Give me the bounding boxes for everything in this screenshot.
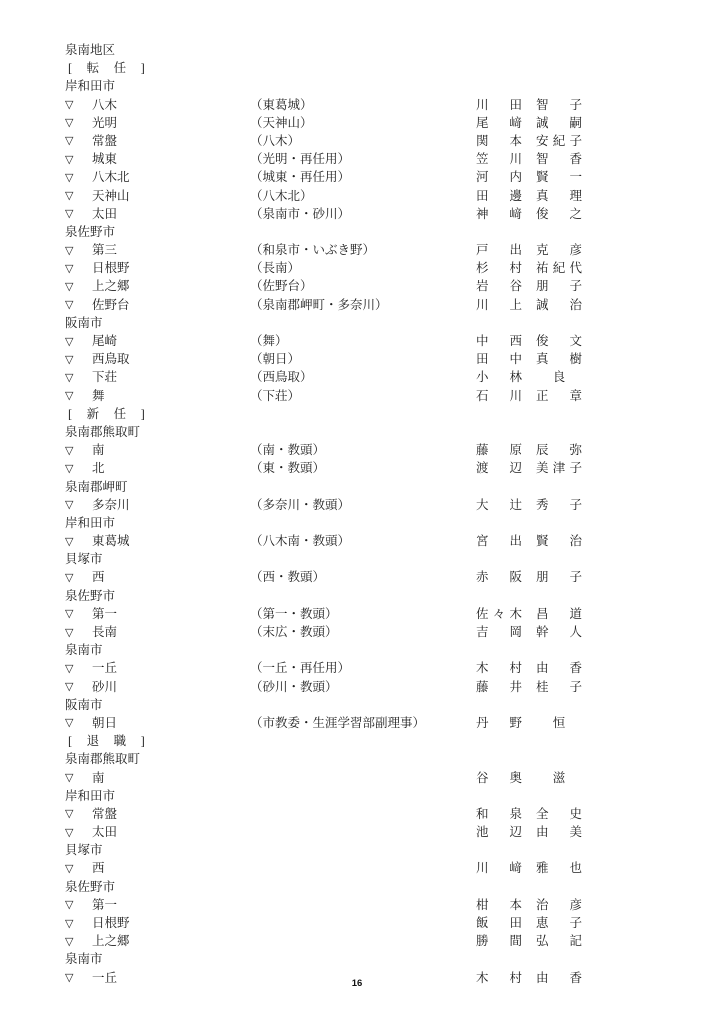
person-name: 田邊真理 bbox=[476, 187, 582, 205]
surname: 杉村 bbox=[476, 259, 522, 277]
name-char: 子 bbox=[569, 96, 582, 114]
entry-marker-cell: ▽ bbox=[65, 204, 92, 223]
name-char: 真 bbox=[536, 187, 549, 205]
given-name: 賢一 bbox=[536, 168, 582, 186]
surname: 川﨑 bbox=[476, 859, 522, 877]
name-char: 田 bbox=[509, 914, 522, 932]
surname: 尾﨑 bbox=[476, 114, 522, 132]
previous-post: （下荘） bbox=[250, 387, 476, 405]
entry-marker-cell: ▽ bbox=[65, 859, 92, 878]
previous-post: （和泉市・いぶき野） bbox=[250, 241, 476, 259]
given-name: 賢治 bbox=[536, 532, 582, 550]
name-char: 尾 bbox=[476, 114, 489, 132]
person-name: 川田智子 bbox=[476, 96, 582, 114]
name-char: 史 bbox=[569, 805, 582, 823]
name-char: 笠 bbox=[476, 150, 489, 168]
triangle-down-icon: ▽ bbox=[65, 135, 73, 147]
name-char: 川 bbox=[476, 859, 489, 877]
given-name: 正章 bbox=[536, 387, 582, 405]
area-label: 泉佐野市 bbox=[65, 878, 665, 896]
given-name: 誠嗣 bbox=[536, 114, 582, 132]
area-label: 阪南市 bbox=[65, 696, 665, 714]
name-char: 克 bbox=[536, 241, 549, 259]
area-label: 泉南郡熊取町 bbox=[65, 423, 665, 441]
person-name: 戸出克彦 bbox=[476, 241, 582, 259]
name-char: 恵 bbox=[536, 914, 549, 932]
entry-row: ▽第一柑本治彦 bbox=[65, 896, 665, 914]
given-name: 秀子 bbox=[536, 496, 582, 514]
given-name: 弘記 bbox=[536, 932, 582, 950]
school-name: 日根野 bbox=[92, 259, 250, 277]
school-name: 第一 bbox=[92, 896, 250, 914]
surname: 戸出 bbox=[476, 241, 522, 259]
entry-row: ▽第一（第一・教頭）佐々木昌道 bbox=[65, 605, 665, 623]
surname: 岩谷 bbox=[476, 277, 522, 295]
person-name: 川﨑雅也 bbox=[476, 859, 582, 877]
entry-marker-cell: ▽ bbox=[65, 150, 92, 169]
school-name: 八木北 bbox=[92, 168, 250, 186]
given-name: 辰弥 bbox=[536, 441, 582, 459]
name-char: 赤 bbox=[476, 568, 489, 586]
person-name: 池辺由美 bbox=[476, 823, 582, 841]
given-name: 祐紀代 bbox=[536, 259, 582, 277]
name-char: 彦 bbox=[569, 241, 582, 259]
person-name: 関本安紀子 bbox=[476, 132, 582, 150]
entry-row: ▽西川﨑雅也 bbox=[65, 859, 665, 877]
school-name: 長南 bbox=[92, 623, 250, 641]
surname: 笠川 bbox=[476, 150, 522, 168]
name-char: 丹 bbox=[476, 714, 489, 732]
given-name: 昌道 bbox=[536, 605, 582, 623]
name-char: 代 bbox=[569, 259, 582, 277]
triangle-down-icon: ▽ bbox=[65, 627, 73, 639]
entry-row: ▽南（南・教頭）藤原辰弥 bbox=[65, 441, 665, 459]
previous-post: （八木） bbox=[250, 132, 476, 150]
entry-marker-cell: ▽ bbox=[65, 95, 92, 114]
surname: 渡辺 bbox=[476, 459, 522, 477]
previous-post: （天神山） bbox=[250, 114, 476, 132]
triangle-down-icon: ▽ bbox=[65, 390, 73, 402]
name-char: 也 bbox=[569, 859, 582, 877]
given-name: 由香 bbox=[536, 659, 582, 677]
name-char: 子 bbox=[569, 132, 582, 150]
entry-marker-cell: ▽ bbox=[65, 350, 92, 369]
triangle-down-icon: ▽ bbox=[65, 463, 73, 475]
name-char: 邊 bbox=[509, 187, 522, 205]
entry-row: ▽長南（末広・教頭）吉岡幹人 bbox=[65, 623, 665, 641]
entry-row: ▽朝日（市教委・生涯学習部副理事）丹野恒 bbox=[65, 714, 665, 732]
previous-post: （西・教頭） bbox=[250, 568, 476, 586]
person-name: 河内賢一 bbox=[476, 168, 582, 186]
person-name: 石川正章 bbox=[476, 387, 582, 405]
previous-post: （西鳥取） bbox=[250, 368, 476, 386]
previous-post: （市教委・生涯学習部副理事） bbox=[250, 714, 476, 732]
name-char: 人 bbox=[569, 623, 582, 641]
section-header: [ 退 職 ] bbox=[65, 732, 665, 750]
entry-row: ▽第三（和泉市・いぶき野）戸出克彦 bbox=[65, 241, 665, 259]
name-char: 神 bbox=[476, 205, 489, 223]
triangle-down-icon: ▽ bbox=[65, 717, 73, 729]
name-char: 由 bbox=[536, 823, 549, 841]
name-char: 子 bbox=[569, 496, 582, 514]
name-char: 紀 bbox=[553, 259, 566, 277]
name-char: 理 bbox=[569, 187, 582, 205]
entry-row: ▽上之郷勝間弘記 bbox=[65, 932, 665, 950]
name-char: 藤 bbox=[476, 678, 489, 696]
name-char: 良 bbox=[553, 368, 566, 386]
given-name: 雅也 bbox=[536, 859, 582, 877]
triangle-down-icon: ▽ bbox=[65, 445, 73, 457]
name-char: 誠 bbox=[536, 114, 549, 132]
person-name: 丹野恒 bbox=[476, 714, 582, 732]
name-char: 佐 bbox=[476, 605, 489, 623]
school-name: 上之郷 bbox=[92, 277, 250, 295]
surname: 谷奥 bbox=[476, 769, 522, 787]
entry-row: ▽尾崎（舞）中西俊文 bbox=[65, 332, 665, 350]
entry-marker-cell: ▽ bbox=[65, 895, 92, 914]
previous-post: （末広・教頭） bbox=[250, 623, 476, 641]
name-char: 川 bbox=[509, 150, 522, 168]
surname: 柑本 bbox=[476, 896, 522, 914]
document-page: 泉南地区 [ 転 任 ]岸和田市▽八木（東葛城）川田智子▽光明（天神山）尾﨑誠嗣… bbox=[0, 0, 724, 1024]
triangle-down-icon: ▽ bbox=[65, 499, 73, 511]
triangle-down-icon: ▽ bbox=[65, 299, 73, 311]
area-label: 泉南郡熊取町 bbox=[65, 750, 665, 768]
triangle-down-icon: ▽ bbox=[65, 99, 73, 111]
name-char: 関 bbox=[476, 132, 489, 150]
person-name: 渡辺美津子 bbox=[476, 459, 582, 477]
entry-marker-cell: ▽ bbox=[65, 914, 92, 933]
surname: 大辻 bbox=[476, 496, 522, 514]
name-char: 泉 bbox=[509, 805, 522, 823]
previous-post: （泉南郡岬町・多奈川） bbox=[250, 296, 476, 314]
triangle-down-icon: ▽ bbox=[65, 536, 73, 548]
previous-post: （朝日） bbox=[250, 350, 476, 368]
entry-marker-cell: ▽ bbox=[65, 532, 92, 551]
name-char: 道 bbox=[569, 605, 582, 623]
name-char: 幹 bbox=[536, 623, 549, 641]
name-char: 弥 bbox=[569, 441, 582, 459]
name-char: 正 bbox=[536, 387, 549, 405]
name-char: 河 bbox=[476, 168, 489, 186]
entry-marker-cell: ▽ bbox=[65, 186, 92, 205]
entry-row: ▽光明（天神山）尾﨑誠嗣 bbox=[65, 114, 665, 132]
name-char: 勝 bbox=[476, 932, 489, 950]
entry-marker-cell: ▽ bbox=[65, 932, 92, 951]
name-char: 昌 bbox=[536, 605, 549, 623]
name-char: 由 bbox=[536, 659, 549, 677]
surname: 関本 bbox=[476, 132, 522, 150]
name-char: 奥 bbox=[509, 769, 522, 787]
name-char: 小 bbox=[476, 368, 489, 386]
surname: 石川 bbox=[476, 387, 522, 405]
person-name: 飯田恵子 bbox=[476, 914, 582, 932]
given-name: 克彦 bbox=[536, 241, 582, 259]
triangle-down-icon: ▽ bbox=[65, 808, 73, 820]
entry-marker-cell: ▽ bbox=[65, 441, 92, 460]
person-name: 川上誠治 bbox=[476, 296, 582, 314]
section-header: [ 転 任 ] bbox=[65, 59, 665, 77]
school-name: 南 bbox=[92, 441, 250, 459]
surname: 赤阪 bbox=[476, 568, 522, 586]
surname: 田中 bbox=[476, 350, 522, 368]
given-name: 朋子 bbox=[536, 277, 582, 295]
name-char: 柑 bbox=[476, 896, 489, 914]
name-char: 谷 bbox=[476, 769, 489, 787]
school-name: 上之郷 bbox=[92, 932, 250, 950]
surname: 藤井 bbox=[476, 678, 522, 696]
section-header: [ 新 任 ] bbox=[65, 405, 665, 423]
triangle-down-icon: ▽ bbox=[65, 899, 73, 911]
entry-row: ▽一丘（一丘・再任用）木村由香 bbox=[65, 659, 665, 677]
given-name: 良 bbox=[536, 368, 582, 386]
triangle-down-icon: ▽ bbox=[65, 172, 73, 184]
entry-row: ▽西（西・教頭）赤阪朋子 bbox=[65, 568, 665, 586]
surname: 飯田 bbox=[476, 914, 522, 932]
name-char: 﨑 bbox=[509, 859, 522, 877]
surname: 勝間 bbox=[476, 932, 522, 950]
triangle-down-icon: ▽ bbox=[65, 354, 73, 366]
name-char: 治 bbox=[569, 532, 582, 550]
entry-marker-cell: ▽ bbox=[65, 332, 92, 351]
triangle-down-icon: ▽ bbox=[65, 608, 73, 620]
name-char: 辺 bbox=[509, 823, 522, 841]
name-char: 池 bbox=[476, 823, 489, 841]
entry-row: ▽西鳥取（朝日）田中真樹 bbox=[65, 350, 665, 368]
name-char: 川 bbox=[476, 96, 489, 114]
name-char: 村 bbox=[509, 259, 522, 277]
given-name: 俊之 bbox=[536, 205, 582, 223]
area-label: 泉南市 bbox=[65, 950, 665, 968]
entry-marker-cell: ▽ bbox=[65, 568, 92, 587]
school-name: 一丘 bbox=[92, 659, 250, 677]
previous-post: （佐野台） bbox=[250, 277, 476, 295]
triangle-down-icon: ▽ bbox=[65, 918, 73, 930]
entry-marker-cell: ▽ bbox=[65, 386, 92, 405]
name-char: 安 bbox=[536, 132, 549, 150]
school-name: 日根野 bbox=[92, 914, 250, 932]
triangle-down-icon: ▽ bbox=[65, 827, 73, 839]
school-name: 多奈川 bbox=[92, 496, 250, 514]
name-char: 記 bbox=[569, 932, 582, 950]
name-char: 真 bbox=[536, 350, 549, 368]
school-name: 南 bbox=[92, 769, 250, 787]
school-name: 北 bbox=[92, 459, 250, 477]
person-name: 佐々木昌道 bbox=[476, 605, 582, 623]
triangle-down-icon: ▽ bbox=[65, 336, 73, 348]
name-char: 田 bbox=[476, 187, 489, 205]
previous-post: （第一・教頭） bbox=[250, 605, 476, 623]
name-char: 渡 bbox=[476, 459, 489, 477]
surname: 吉岡 bbox=[476, 623, 522, 641]
entry-marker-cell: ▽ bbox=[65, 459, 92, 478]
entry-marker-cell: ▽ bbox=[65, 368, 92, 387]
person-name: 藤原辰弥 bbox=[476, 441, 582, 459]
given-name: 智子 bbox=[536, 96, 582, 114]
name-char: 紀 bbox=[553, 132, 566, 150]
name-char: 俊 bbox=[536, 332, 549, 350]
school-name: 朝日 bbox=[92, 714, 250, 732]
name-char: 飯 bbox=[476, 914, 489, 932]
name-char: 石 bbox=[476, 387, 489, 405]
entry-row: ▽常盤（八木）関本安紀子 bbox=[65, 132, 665, 150]
surname: 宮出 bbox=[476, 532, 522, 550]
entry-marker-cell: ▽ bbox=[65, 623, 92, 642]
given-name: 桂子 bbox=[536, 678, 582, 696]
school-name: 尾崎 bbox=[92, 332, 250, 350]
name-char: 秀 bbox=[536, 496, 549, 514]
area-label: 泉佐野市 bbox=[65, 587, 665, 605]
entry-marker-cell: ▽ bbox=[65, 131, 92, 150]
school-name: 舞 bbox=[92, 387, 250, 405]
personnel-list: 泉南地区 [ 転 任 ]岸和田市▽八木（東葛城）川田智子▽光明（天神山）尾﨑誠嗣… bbox=[65, 41, 665, 987]
name-char: 野 bbox=[509, 714, 522, 732]
previous-post: （光明・再任用） bbox=[250, 150, 476, 168]
name-char: 賢 bbox=[536, 168, 549, 186]
name-char: 子 bbox=[569, 914, 582, 932]
person-name: 大辻秀子 bbox=[476, 496, 582, 514]
school-name: 光明 bbox=[92, 114, 250, 132]
triangle-down-icon: ▽ bbox=[65, 208, 73, 220]
name-char: 朋 bbox=[536, 568, 549, 586]
previous-post: （八木北） bbox=[250, 187, 476, 205]
name-char: 雅 bbox=[536, 859, 549, 877]
person-name: 尾﨑誠嗣 bbox=[476, 114, 582, 132]
previous-post: （東・教頭） bbox=[250, 459, 476, 477]
name-char: 﨑 bbox=[509, 114, 522, 132]
previous-post: （舞） bbox=[250, 332, 476, 350]
previous-post: （多奈川・教頭） bbox=[250, 496, 476, 514]
name-char: 木 bbox=[509, 605, 522, 623]
name-char: 一 bbox=[569, 168, 582, 186]
name-char: 津 bbox=[553, 459, 566, 477]
entry-row: ▽常盤和泉全史 bbox=[65, 805, 665, 823]
name-char: 彦 bbox=[569, 896, 582, 914]
triangle-down-icon: ▽ bbox=[65, 863, 73, 875]
area-label: 阪南市 bbox=[65, 314, 665, 332]
previous-post: （八木南・教頭） bbox=[250, 532, 476, 550]
name-char: 大 bbox=[476, 496, 489, 514]
name-char: 子 bbox=[569, 678, 582, 696]
given-name: 治彦 bbox=[536, 896, 582, 914]
name-char: 辺 bbox=[509, 459, 522, 477]
triangle-down-icon: ▽ bbox=[65, 263, 73, 275]
name-char: 子 bbox=[569, 277, 582, 295]
entry-row: ▽東葛城（八木南・教頭）宮出賢治 bbox=[65, 532, 665, 550]
name-char: 樹 bbox=[569, 350, 582, 368]
name-char: 田 bbox=[509, 96, 522, 114]
name-char: 村 bbox=[509, 659, 522, 677]
school-name: 第三 bbox=[92, 241, 250, 259]
entry-row: ▽舞（下荘）石川正章 bbox=[65, 387, 665, 405]
name-char: 祐 bbox=[536, 259, 549, 277]
name-char: 上 bbox=[509, 296, 522, 314]
name-char: 川 bbox=[509, 387, 522, 405]
entry-marker-cell: ▽ bbox=[65, 713, 92, 732]
given-name: 俊文 bbox=[536, 332, 582, 350]
surname: 河内 bbox=[476, 168, 522, 186]
name-char: 智 bbox=[536, 150, 549, 168]
name-char: 田 bbox=[476, 350, 489, 368]
name-char: 香 bbox=[569, 659, 582, 677]
name-char: 林 bbox=[509, 368, 522, 386]
surname: 神﨑 bbox=[476, 205, 522, 223]
school-name: 太田 bbox=[92, 205, 250, 223]
name-char: 美 bbox=[569, 823, 582, 841]
name-char: 辰 bbox=[536, 441, 549, 459]
name-char: 和 bbox=[476, 805, 489, 823]
name-char: 子 bbox=[569, 568, 582, 586]
given-name: 朋子 bbox=[536, 568, 582, 586]
school-name: 常盤 bbox=[92, 805, 250, 823]
name-char: 辻 bbox=[509, 496, 522, 514]
name-char: 内 bbox=[509, 168, 522, 186]
area-label: 岸和田市 bbox=[65, 77, 665, 95]
entry-row: ▽砂川（砂川・教頭）藤井桂子 bbox=[65, 678, 665, 696]
name-char: 吉 bbox=[476, 623, 489, 641]
person-name: 岩谷朋子 bbox=[476, 277, 582, 295]
name-char: 川 bbox=[476, 296, 489, 314]
name-char: 谷 bbox=[509, 277, 522, 295]
previous-post: （東葛城） bbox=[250, 96, 476, 114]
name-char: 々 bbox=[493, 605, 506, 623]
school-name: 第一 bbox=[92, 605, 250, 623]
name-char: 智 bbox=[536, 96, 549, 114]
entry-row: ▽日根野（長南）杉村祐紀代 bbox=[65, 259, 665, 277]
area-label: 泉南市 bbox=[65, 641, 665, 659]
name-char: 章 bbox=[569, 387, 582, 405]
name-char: 藤 bbox=[476, 441, 489, 459]
entry-row: ▽八木（東葛城）川田智子 bbox=[65, 96, 665, 114]
name-char: 俊 bbox=[536, 205, 549, 223]
name-char: 中 bbox=[476, 332, 489, 350]
entry-marker-cell: ▽ bbox=[65, 168, 92, 187]
name-char: 賢 bbox=[536, 532, 549, 550]
triangle-down-icon: ▽ bbox=[65, 681, 73, 693]
name-char: 井 bbox=[509, 678, 522, 696]
entry-marker-cell: ▽ bbox=[65, 113, 92, 132]
triangle-down-icon: ▽ bbox=[65, 117, 73, 129]
triangle-down-icon: ▽ bbox=[65, 372, 73, 384]
given-name: 真理 bbox=[536, 187, 582, 205]
person-name: 藤井桂子 bbox=[476, 678, 582, 696]
name-char: 杉 bbox=[476, 259, 489, 277]
school-name: 天神山 bbox=[92, 187, 250, 205]
name-char: 原 bbox=[509, 441, 522, 459]
person-name: 谷奥滋 bbox=[476, 769, 582, 787]
given-name: 美津子 bbox=[536, 459, 582, 477]
name-char: 文 bbox=[569, 332, 582, 350]
surname: 和泉 bbox=[476, 805, 522, 823]
entry-row: ▽北（東・教頭）渡辺美津子 bbox=[65, 459, 665, 477]
surname: 木村 bbox=[476, 659, 522, 677]
name-char: 西 bbox=[509, 332, 522, 350]
triangle-down-icon: ▽ bbox=[65, 245, 73, 257]
school-name: 西 bbox=[92, 568, 250, 586]
surname: 佐々木 bbox=[476, 605, 522, 623]
school-name: 八木 bbox=[92, 96, 250, 114]
triangle-down-icon: ▽ bbox=[65, 663, 73, 675]
name-char: 弘 bbox=[536, 932, 549, 950]
name-char: 本 bbox=[509, 896, 522, 914]
name-char: 本 bbox=[509, 132, 522, 150]
name-char: 誠 bbox=[536, 296, 549, 314]
area-label: 貝塚市 bbox=[65, 841, 665, 859]
entry-marker-cell: ▽ bbox=[65, 495, 92, 514]
person-name: 杉村祐紀代 bbox=[476, 259, 582, 277]
entry-row: ▽南谷奥滋 bbox=[65, 769, 665, 787]
name-char: 阪 bbox=[509, 568, 522, 586]
